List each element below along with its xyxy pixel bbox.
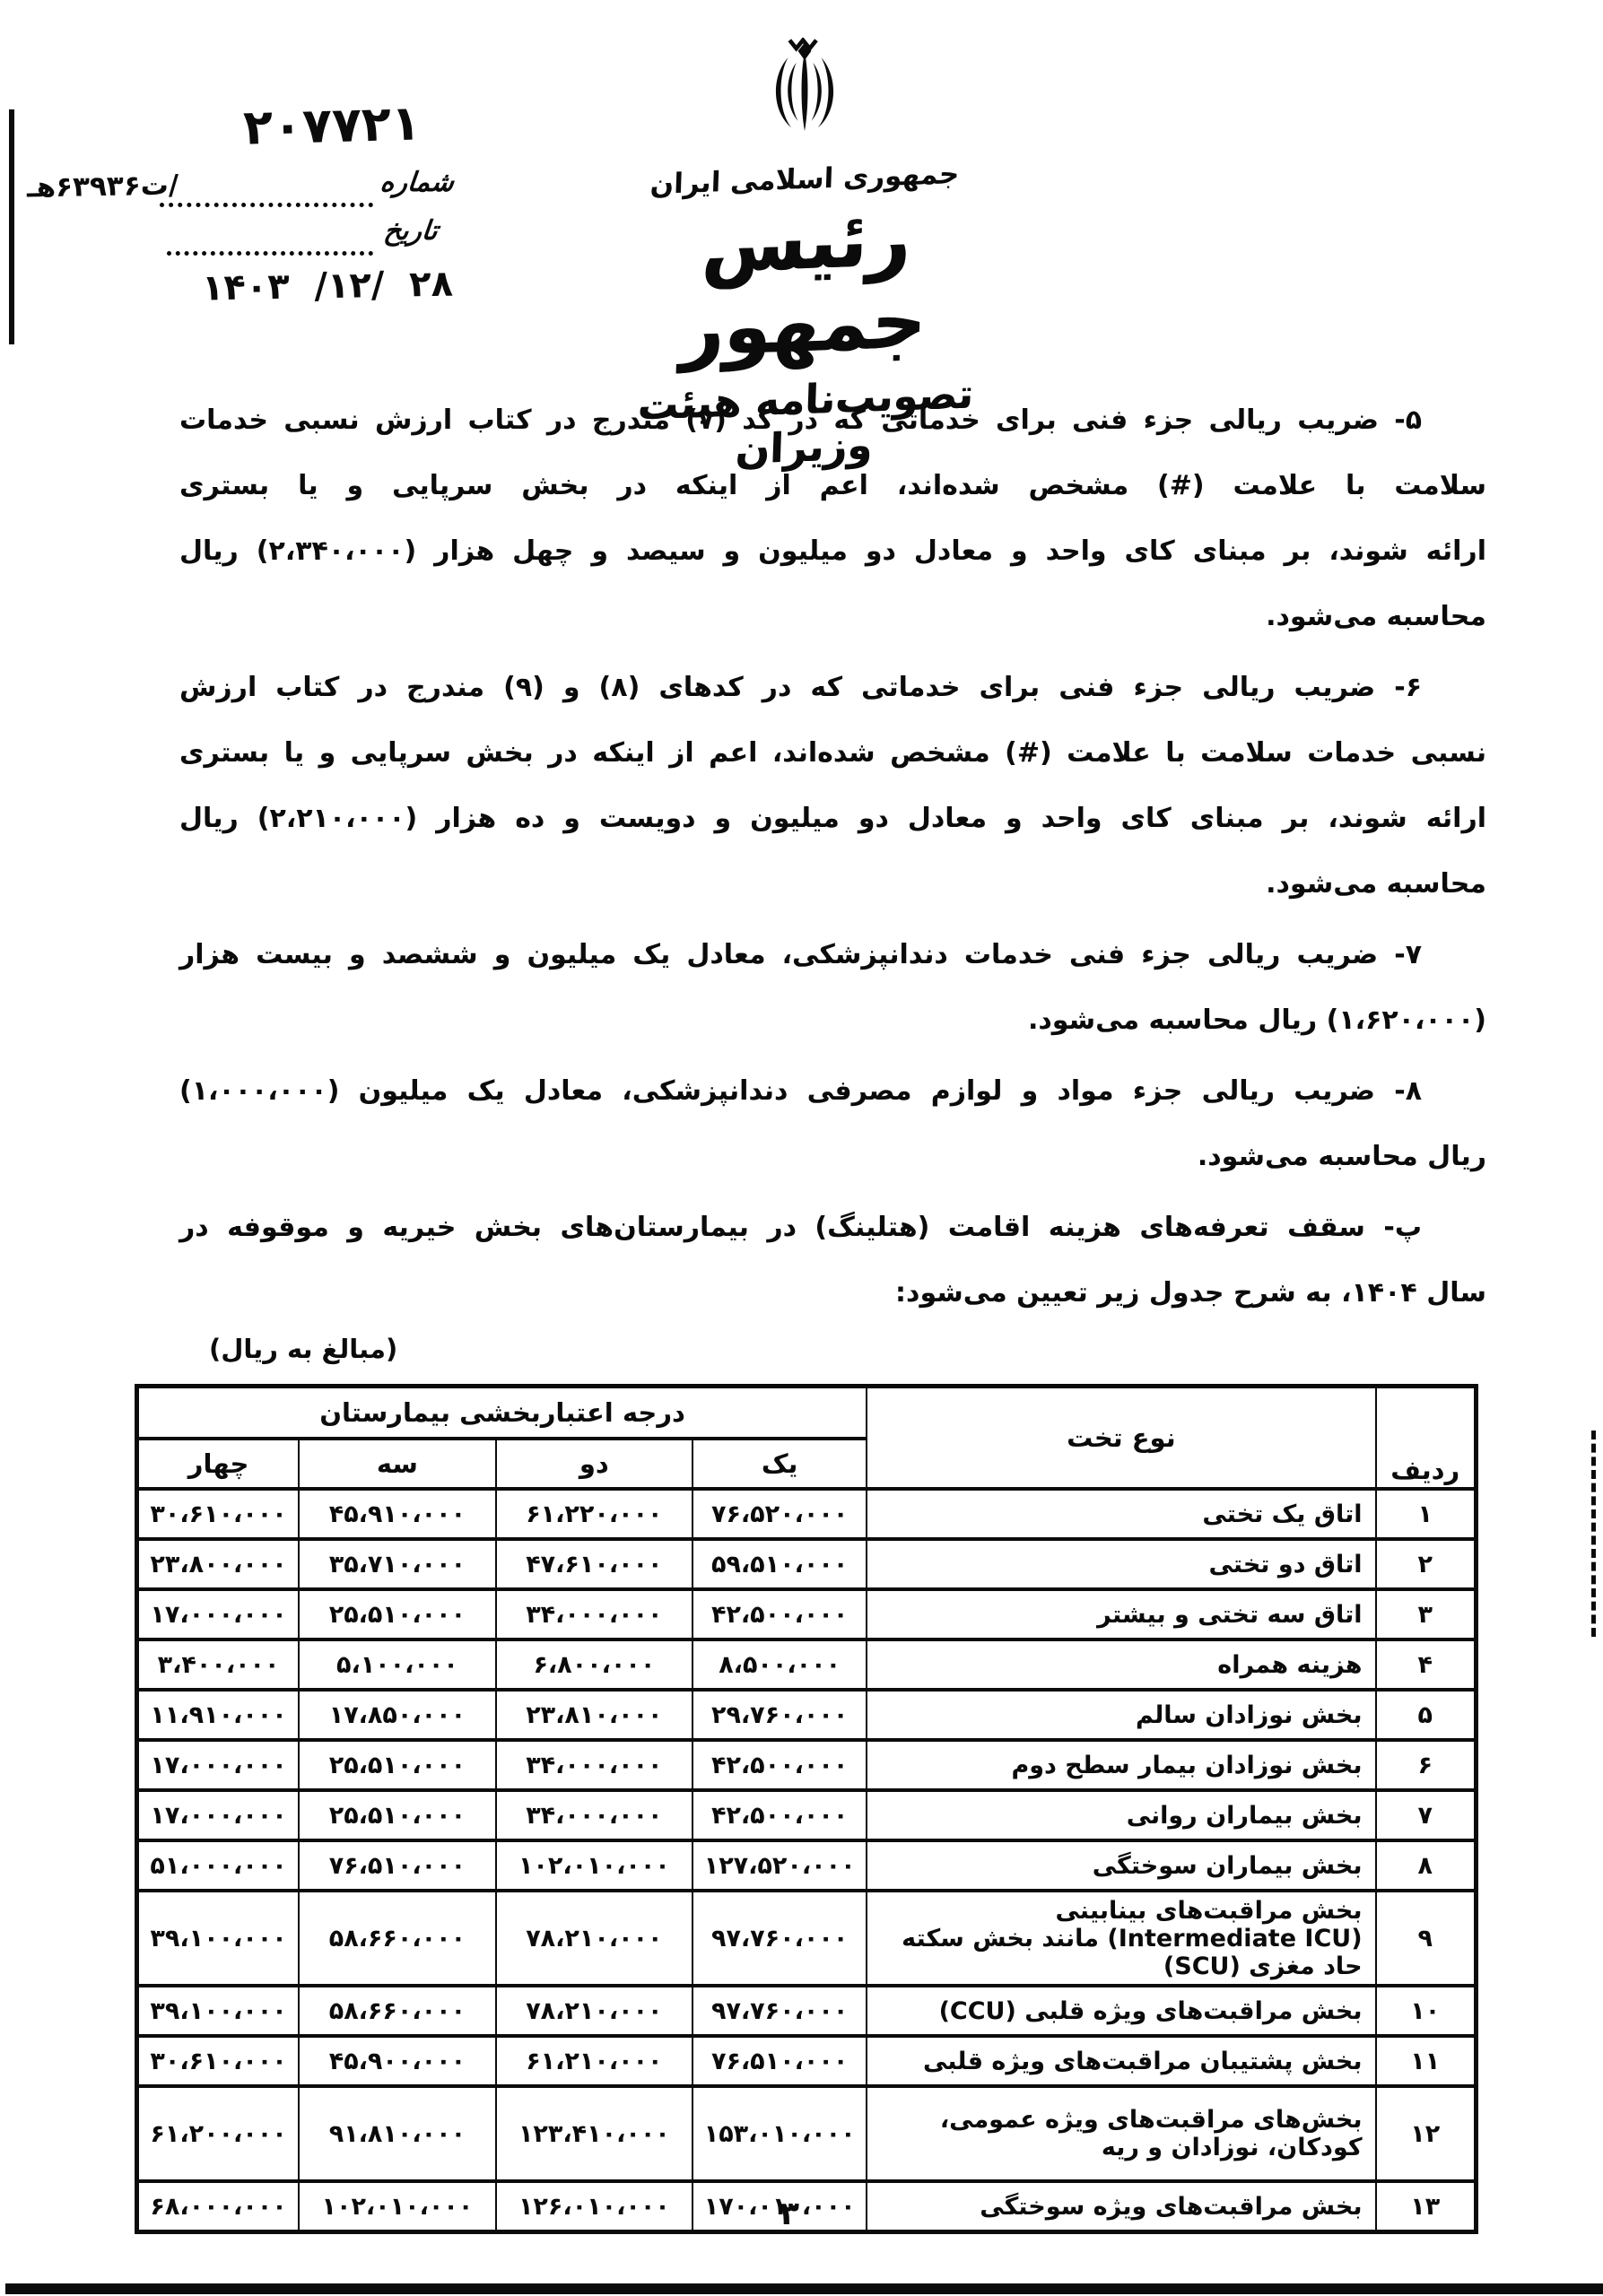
clause-8-line: ۸- ضریب ریالی جزء مواد و لوازم مصرفی دند… — [179, 1058, 1486, 1124]
clause-6-line: نسبی خدمات سلامت با علامت (#) مشخص شده‌ا… — [179, 720, 1486, 786]
row-number-cell: ۵ — [1376, 1690, 1477, 1740]
date-label: تاریخ — [382, 215, 439, 247]
grade-two-cell: ۶،۸۰۰،۰۰۰ — [496, 1639, 693, 1690]
grade-three-cell: ۷۶،۵۱۰،۰۰۰ — [299, 1840, 495, 1891]
bed-type-cell: بخش بیماران سوختگی — [867, 1840, 1375, 1891]
grade-four-cell: ۱۷،۰۰۰،۰۰۰ — [137, 1589, 300, 1639]
header-grade-three: سه — [299, 1439, 495, 1489]
handwritten-number-annotation: /ت۶۳۹۳۶هـ — [27, 170, 179, 204]
clause-5-line: ارائه شوند، بر مبنای کای واحد و معادل دو… — [179, 518, 1486, 584]
grade-four-cell: ۳۰،۶۱۰،۰۰۰ — [137, 1489, 300, 1539]
clause-7: ۷- ضریب ریالی جزء فنی خدمات دندانپزشکی، … — [179, 922, 1486, 1053]
table-row: ۲ اتاق دو تختی ۵۹،۵۱۰،۰۰۰ ۴۷،۶۱۰،۰۰۰ ۳۵،… — [137, 1539, 1477, 1589]
bed-type-cell: اتاق یک تختی — [867, 1489, 1375, 1539]
grade-three-cell: ۱۷،۸۵۰،۰۰۰ — [299, 1690, 495, 1740]
row-number-cell: ۷ — [1376, 1790, 1477, 1840]
clause-6-line: محاسبه می‌شود. — [179, 851, 1486, 917]
bed-type-cell: بخش مراقبت‌های بینابینی (Intermediate IC… — [867, 1891, 1375, 1986]
grade-four-cell: ۱۷،۰۰۰،۰۰۰ — [137, 1790, 300, 1840]
bed-type-cell: بخش بیماران روانی — [867, 1790, 1375, 1840]
table-row: ۴ هزینه همراه ۸،۵۰۰،۰۰۰ ۶،۸۰۰،۰۰۰ ۵،۱۰۰،… — [137, 1639, 1477, 1690]
grade-three-cell: ۲۵،۵۱۰،۰۰۰ — [299, 1589, 495, 1639]
grade-three-cell: ۵،۱۰۰،۰۰۰ — [299, 1639, 495, 1690]
grade-one-cell: ۴۲،۵۰۰،۰۰۰ — [693, 1589, 867, 1639]
grade-one-cell: ۲۹،۷۶۰،۰۰۰ — [693, 1690, 867, 1740]
handwritten-date-year: ۱۴۰۳ — [202, 266, 290, 309]
row-number-cell: ۸ — [1376, 1840, 1477, 1891]
grade-one-cell: ۴۲،۵۰۰،۰۰۰ — [693, 1740, 867, 1790]
clause-pe: پ- سقف تعرفه‌های هزینه اقامت (هتلینگ) در… — [179, 1195, 1486, 1326]
handwritten-date-day: ۲۸ — [409, 264, 454, 306]
row-number-cell: ۱۲ — [1376, 2086, 1477, 2181]
grade-two-cell: ۱۰۲،۰۱۰،۰۰۰ — [496, 1840, 693, 1891]
grade-one-cell: ۴۲،۵۰۰،۰۰۰ — [693, 1790, 867, 1840]
grade-three-cell: ۳۵،۷۱۰،۰۰۰ — [299, 1539, 495, 1589]
table-row: ۱۰ بخش مراقبت‌های ویژه قلبی (CCU) ۹۷،۷۶۰… — [137, 1986, 1477, 2036]
handwritten-date-month: /۱۲/ — [314, 265, 385, 307]
grade-one-cell: ۱۲۷،۵۲۰،۰۰۰ — [693, 1840, 867, 1891]
office-title: رئیس جمهور — [600, 194, 1009, 374]
clause-8: ۸- ضریب ریالی جزء مواد و لوازم مصرفی دند… — [179, 1058, 1486, 1189]
row-number-cell: ۱۳ — [1376, 2181, 1477, 2232]
grade-one-cell: ۷۶،۵۱۰،۰۰۰ — [693, 2036, 867, 2086]
grade-three-cell: ۹۱،۸۱۰،۰۰۰ — [299, 2086, 495, 2181]
grade-four-cell: ۶۱،۲۰۰،۰۰۰ — [137, 2086, 300, 2181]
table-row: ۱۲ بخش‌های مراقبت‌های ویژه عمومی، کودکان… — [137, 2086, 1477, 2181]
scan-artifact-right-dashes — [1591, 1431, 1596, 1637]
header-bed-type: نوع تخت — [867, 1387, 1375, 1490]
clause-7-line: ۷- ضریب ریالی جزء فنی خدمات دندانپزشکی، … — [179, 922, 1486, 987]
clause-8-line: ریال محاسبه می‌شود. — [179, 1124, 1486, 1189]
grade-four-cell: ۵۱،۰۰۰،۰۰۰ — [137, 1840, 300, 1891]
grade-two-cell: ۶۱،۲۱۰،۰۰۰ — [496, 2036, 693, 2086]
grade-two-cell: ۳۴،۰۰۰،۰۰۰ — [496, 1790, 693, 1840]
grade-three-cell: ۵۸،۶۶۰،۰۰۰ — [299, 1986, 495, 2036]
grade-one-cell: ۹۷،۷۶۰،۰۰۰ — [693, 1891, 867, 1986]
bed-type-cell: بخش نوزادان بیمار سطح دوم — [867, 1740, 1375, 1790]
grade-three-cell: ۴۵،۹۱۰،۰۰۰ — [299, 1489, 495, 1539]
bed-type-cell: بخش مراقبت‌های ویژه سوختگی — [867, 2181, 1375, 2232]
decree-body: ۵- ضریب ریالی جزء فنی برای خدماتی که در … — [179, 387, 1486, 1331]
grade-four-cell: ۳،۴۰۰،۰۰۰ — [137, 1639, 300, 1690]
grade-two-cell: ۴۷،۶۱۰،۰۰۰ — [496, 1539, 693, 1589]
scan-artifact-left-line — [9, 109, 14, 344]
grade-four-cell: ۳۹،۱۰۰،۰۰۰ — [137, 1891, 300, 1986]
grade-three-cell: ۲۵،۵۱۰،۰۰۰ — [299, 1790, 495, 1840]
grade-two-cell: ۲۳،۸۱۰،۰۰۰ — [496, 1690, 693, 1740]
clause-6-line: ۶- ضریب ریالی جزء فنی برای خدماتی که در … — [179, 655, 1486, 720]
grade-four-cell: ۳۹،۱۰۰،۰۰۰ — [137, 1986, 300, 2036]
grade-two-cell: ۱۲۳،۴۱۰،۰۰۰ — [496, 2086, 693, 2181]
clause-6-line: ارائه شوند، بر مبنای کای واحد و معادل دو… — [179, 786, 1486, 851]
header-grade-two: دو — [496, 1439, 693, 1489]
clause-6: ۶- ضریب ریالی جزء فنی برای خدماتی که در … — [179, 655, 1486, 917]
bed-type-cell: بخش پشتیبان مراقبت‌های ویژه قلبی — [867, 2036, 1375, 2086]
bed-type-cell: اتاق دو تختی — [867, 1539, 1375, 1589]
grade-two-cell: ۳۴،۰۰۰،۰۰۰ — [496, 1589, 693, 1639]
grade-one-cell: ۷۶،۵۲۰،۰۰۰ — [693, 1489, 867, 1539]
row-number-cell: ۳ — [1376, 1589, 1477, 1639]
hoteling-tariff-table: ردیف نوع تخت درجه اعتباربخشی بیمارستان ی… — [135, 1384, 1478, 2234]
row-number-cell: ۱ — [1376, 1489, 1477, 1539]
bed-type-cell: بخش مراقبت‌های ویژه قلبی (CCU) — [867, 1986, 1375, 2036]
clause-5-line: محاسبه می‌شود. — [179, 584, 1486, 649]
grade-four-cell: ۲۳،۸۰۰،۰۰۰ — [137, 1539, 300, 1589]
handwritten-ref-number: ۲۰۷۷۲۱ — [223, 94, 440, 156]
table-row: ۵ بخش نوزادان سالم ۲۹،۷۶۰،۰۰۰ ۲۳،۸۱۰،۰۰۰… — [137, 1690, 1477, 1740]
number-dotted-line — [160, 172, 373, 207]
table-row: ۶ بخش نوزادان بیمار سطح دوم ۴۲،۵۰۰،۰۰۰ ۳… — [137, 1740, 1477, 1790]
row-number-cell: ۱۰ — [1376, 1986, 1477, 2036]
row-number-cell: ۲ — [1376, 1539, 1477, 1589]
bed-type-cell: بخش نوزادان سالم — [867, 1690, 1375, 1740]
bed-type-cell: هزینه همراه — [867, 1639, 1375, 1690]
header-row-number: ردیف — [1376, 1387, 1477, 1490]
clause-pe-line: سال ۱۴۰۴، به شرح جدول زیر تعیین می‌شود: — [179, 1260, 1486, 1326]
grade-two-cell: ۱۲۶،۰۱۰،۰۰۰ — [496, 2181, 693, 2232]
grade-two-cell: ۷۸،۲۱۰،۰۰۰ — [496, 1891, 693, 1986]
grade-one-cell: ۹۷،۷۶۰،۰۰۰ — [693, 1986, 867, 2036]
grade-two-cell: ۳۴،۰۰۰،۰۰۰ — [496, 1740, 693, 1790]
header-grade-four: چهار — [137, 1439, 300, 1489]
scanned-decree-page: ۲۰۷۷۲۱ /ت۶۳۹۳۶هـ شماره تاریخ ۲۸ /۱۲/ ۱۴۰… — [0, 0, 1603, 2296]
clause-5: ۵- ضریب ریالی جزء فنی برای خدماتی که در … — [179, 387, 1486, 649]
page-number: ۳ — [762, 2196, 816, 2232]
grade-one-cell: ۱۵۳،۰۱۰،۰۰۰ — [693, 2086, 867, 2181]
row-number-cell: ۹ — [1376, 1891, 1477, 1986]
grade-three-cell: ۲۵،۵۱۰،۰۰۰ — [299, 1740, 495, 1790]
grade-three-cell: ۵۸،۶۶۰،۰۰۰ — [299, 1891, 495, 1986]
grade-one-cell: ۵۹،۵۱۰،۰۰۰ — [693, 1539, 867, 1589]
table-row: ۳ اتاق سه تختی و بیشتر ۴۲،۵۰۰،۰۰۰ ۳۴،۰۰۰… — [137, 1589, 1477, 1639]
table-row: ۱۱ بخش پشتیبان مراقبت‌های ویژه قلبی ۷۶،۵… — [137, 2036, 1477, 2086]
bed-type-cell: اتاق سه تختی و بیشتر — [867, 1589, 1375, 1639]
bed-type-cell: بخش‌های مراقبت‌های ویژه عمومی، کودکان، ن… — [867, 2086, 1375, 2181]
handwritten-date: ۲۸ /۱۲/ ۱۴۰۳ — [202, 264, 454, 309]
grade-two-cell: ۷۸،۲۱۰،۰۰۰ — [496, 1986, 693, 2036]
row-number-cell: ۶ — [1376, 1740, 1477, 1790]
grade-four-cell: ۱۷،۰۰۰،۰۰۰ — [137, 1740, 300, 1790]
number-label: شماره — [379, 167, 456, 198]
grade-four-cell: ۶۸،۰۰۰،۰۰۰ — [137, 2181, 300, 2232]
grade-four-cell: ۱۱،۹۱۰،۰۰۰ — [137, 1690, 300, 1740]
grade-one-cell: ۸،۵۰۰،۰۰۰ — [693, 1639, 867, 1690]
scan-artifact-bottom-bar — [5, 2283, 1603, 2294]
clause-5-line: ۵- ضریب ریالی جزء فنی برای خدماتی که در … — [179, 387, 1486, 453]
table-row: ۷ بخش بیماران روانی ۴۲،۵۰۰،۰۰۰ ۳۴،۰۰۰،۰۰… — [137, 1790, 1477, 1840]
date-dotted-line — [167, 221, 373, 256]
clause-5-line: سلامت با علامت (#) مشخص شده‌اند، اعم از … — [179, 453, 1486, 518]
iran-allah-emblem-icon — [754, 38, 855, 154]
table-row: ۸ بخش بیماران سوختگی ۱۲۷،۵۲۰،۰۰۰ ۱۰۲،۰۱۰… — [137, 1840, 1477, 1891]
header-accreditation-grade-group: درجه اعتباربخشی بیمارستان — [137, 1387, 867, 1439]
amounts-in-rial-note: (مبالغ به ریال) — [209, 1334, 397, 1364]
row-number-cell: ۱۱ — [1376, 2036, 1477, 2086]
grade-three-cell: ۱۰۲،۰۱۰،۰۰۰ — [299, 2181, 495, 2232]
table-row: ۹ بخش مراقبت‌های بینابینی (Intermediate … — [137, 1891, 1477, 1986]
clause-7-line: (۱،۶۲۰،۰۰۰) ریال محاسبه می‌شود. — [179, 987, 1486, 1053]
header-grade-one: یک — [693, 1439, 867, 1489]
row-number-cell: ۴ — [1376, 1639, 1477, 1690]
table-row: ۱ اتاق یک تختی ۷۶،۵۲۰،۰۰۰ ۶۱،۲۲۰،۰۰۰ ۴۵،… — [137, 1489, 1477, 1539]
grade-two-cell: ۶۱،۲۲۰،۰۰۰ — [496, 1489, 693, 1539]
grade-three-cell: ۴۵،۹۰۰،۰۰۰ — [299, 2036, 495, 2086]
grade-four-cell: ۳۰،۶۱۰،۰۰۰ — [137, 2036, 300, 2086]
clause-pe-line: پ- سقف تعرفه‌های هزینه اقامت (هتلینگ) در… — [179, 1195, 1486, 1260]
